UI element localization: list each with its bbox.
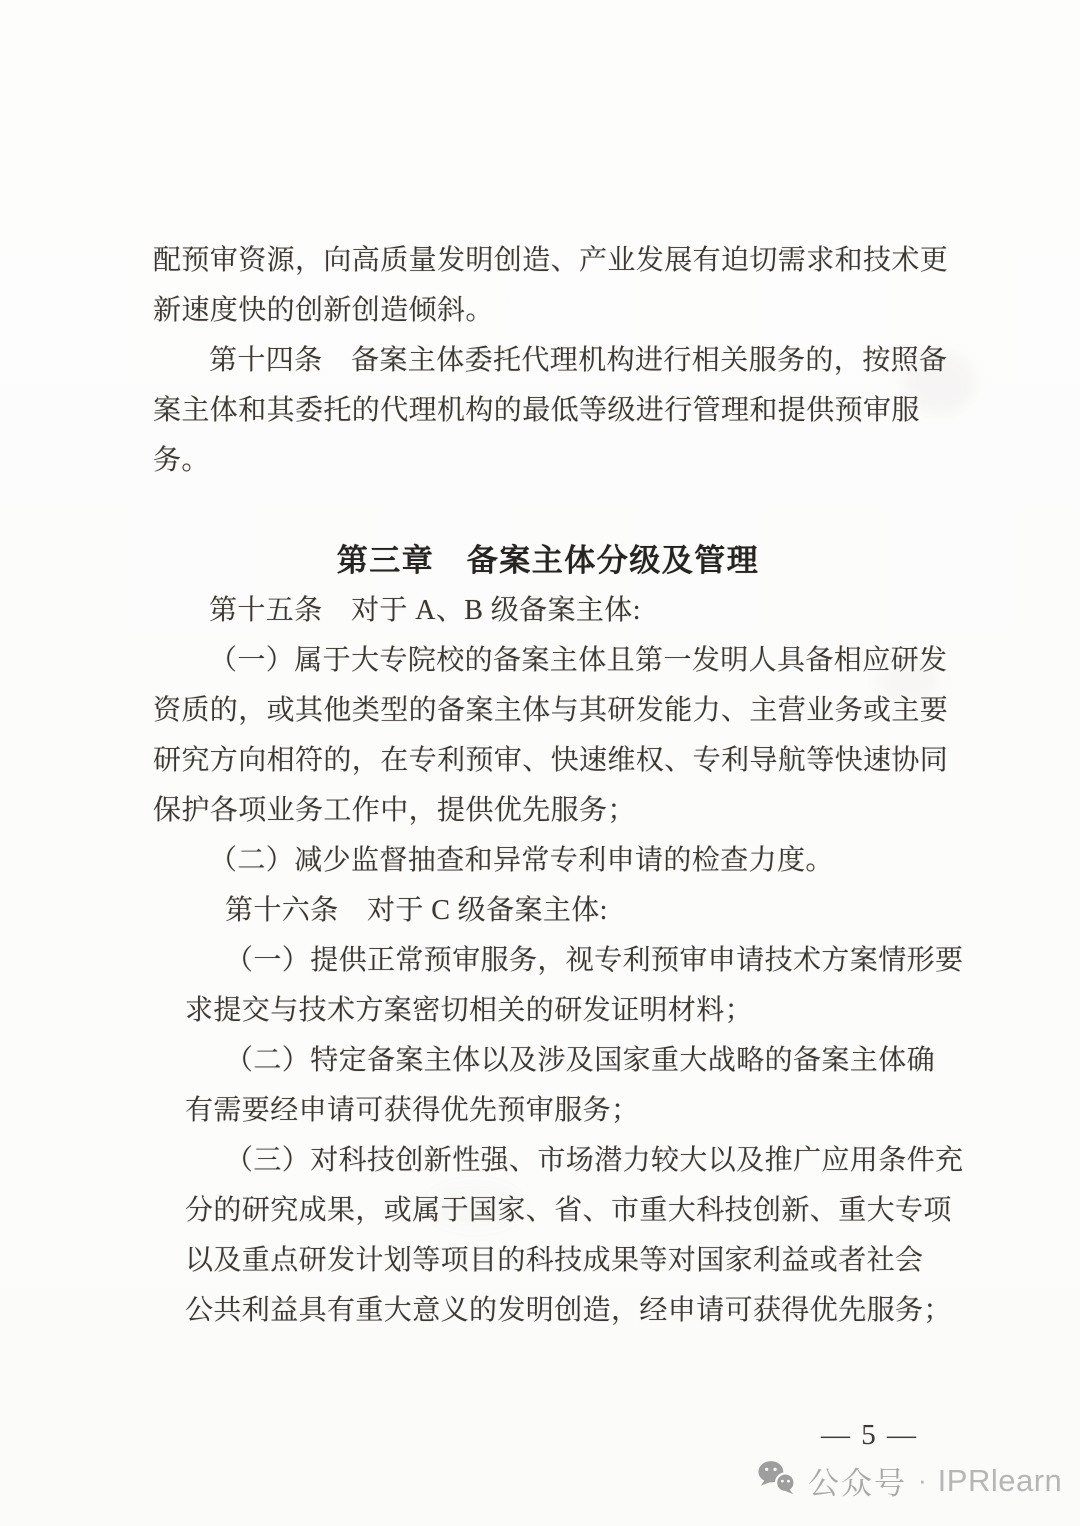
watermark-separator: ·: [918, 1465, 927, 1496]
watermark-label: 公众号: [808, 1458, 907, 1503]
article-16-paragraphs: 第十六条 对于 C 级备案主体: （一）提供正常预审服务，视专利预审申请技术方案…: [185, 886, 1080, 1336]
scanned-document-page: 配预审资源，向高质量发明创造、产业发展有迫切需求和技术更 新速度快的创新创造倾斜…: [0, 0, 1080, 1526]
text-line: 案主体和其委托的代理机构的最低等级进行管理和提供预审服: [153, 386, 1080, 436]
item-2-line: （二）特定备案主体以及涉及国家重大战略的备案主体确: [185, 1036, 1080, 1086]
article-14-opening-line: 第十四条 备案主体委托代理机构进行相关服务的，按照备: [153, 336, 1080, 386]
text-line: 公共利益具有重大意义的发明创造，经申请可获得优先服务；: [185, 1286, 1080, 1336]
text-line: 新速度快的创新创造倾斜。: [153, 286, 1080, 336]
text-line: 研究方向相符的，在专利预审、快速维权、专利导航等快速协同: [153, 736, 1080, 786]
item-3-line: （三）对科技创新性强、市场潜力较大以及推广应用条件充: [185, 1136, 1080, 1186]
item-1-line: （一）属于大专院校的备案主体且第一发明人具备相应研发: [153, 636, 1080, 686]
text-line: 分的研究成果，或属于国家、省、市重大科技创新、重大专项: [185, 1186, 1080, 1236]
page-number: — 5 —: [821, 1419, 918, 1452]
item-1-line: （一）提供正常预审服务，视专利预审申请技术方案情形要: [185, 936, 1080, 986]
wechat-icon: [756, 1459, 798, 1503]
text-line: 务。: [153, 436, 1080, 486]
article-15-opening-line: 第十五条 对于 A、B 级备案主体:: [153, 586, 1080, 636]
article-16-opening-line: 第十六条 对于 C 级备案主体:: [185, 886, 1080, 936]
article-15-paragraphs: 第十五条 对于 A、B 级备案主体: （一）属于大专院校的备案主体且第一发明人具…: [153, 586, 1080, 886]
intro-paragraph-continuation: 配预审资源，向高质量发明创造、产业发展有迫切需求和技术更 新速度快的创新创造倾斜…: [153, 236, 1080, 336]
article-14-paragraph: 第十四条 备案主体委托代理机构进行相关服务的，按照备 案主体和其委托的代理机构的…: [153, 336, 1080, 486]
document-body: 配预审资源，向高质量发明创造、产业发展有迫切需求和技术更 新速度快的创新创造倾斜…: [0, 236, 1080, 1336]
item-2-line: （二）减少监督抽查和异常专利申请的检查力度。: [153, 836, 1080, 886]
wechat-watermark: 公众号 · IPRlearn: [756, 1458, 1062, 1503]
text-line: 资质的，或其他类型的备案主体与其研发能力、主营业务或主要: [153, 686, 1080, 736]
text-line: 配预审资源，向高质量发明创造、产业发展有迫切需求和技术更: [153, 236, 1080, 286]
text-line: 有需要经申请可获得优先预审服务；: [185, 1086, 1080, 1136]
text-line: 以及重点研发计划等项目的科技成果等对国家利益或者社会: [185, 1236, 1080, 1286]
text-line: 求提交与技术方案密切相关的研发证明材料；: [185, 986, 1080, 1036]
chapter-3-heading: 第三章 备案主体分级及管理: [153, 536, 943, 586]
text-line: 保护各项业务工作中，提供优先服务；: [153, 786, 1080, 836]
watermark-account: IPRlearn: [938, 1463, 1063, 1499]
